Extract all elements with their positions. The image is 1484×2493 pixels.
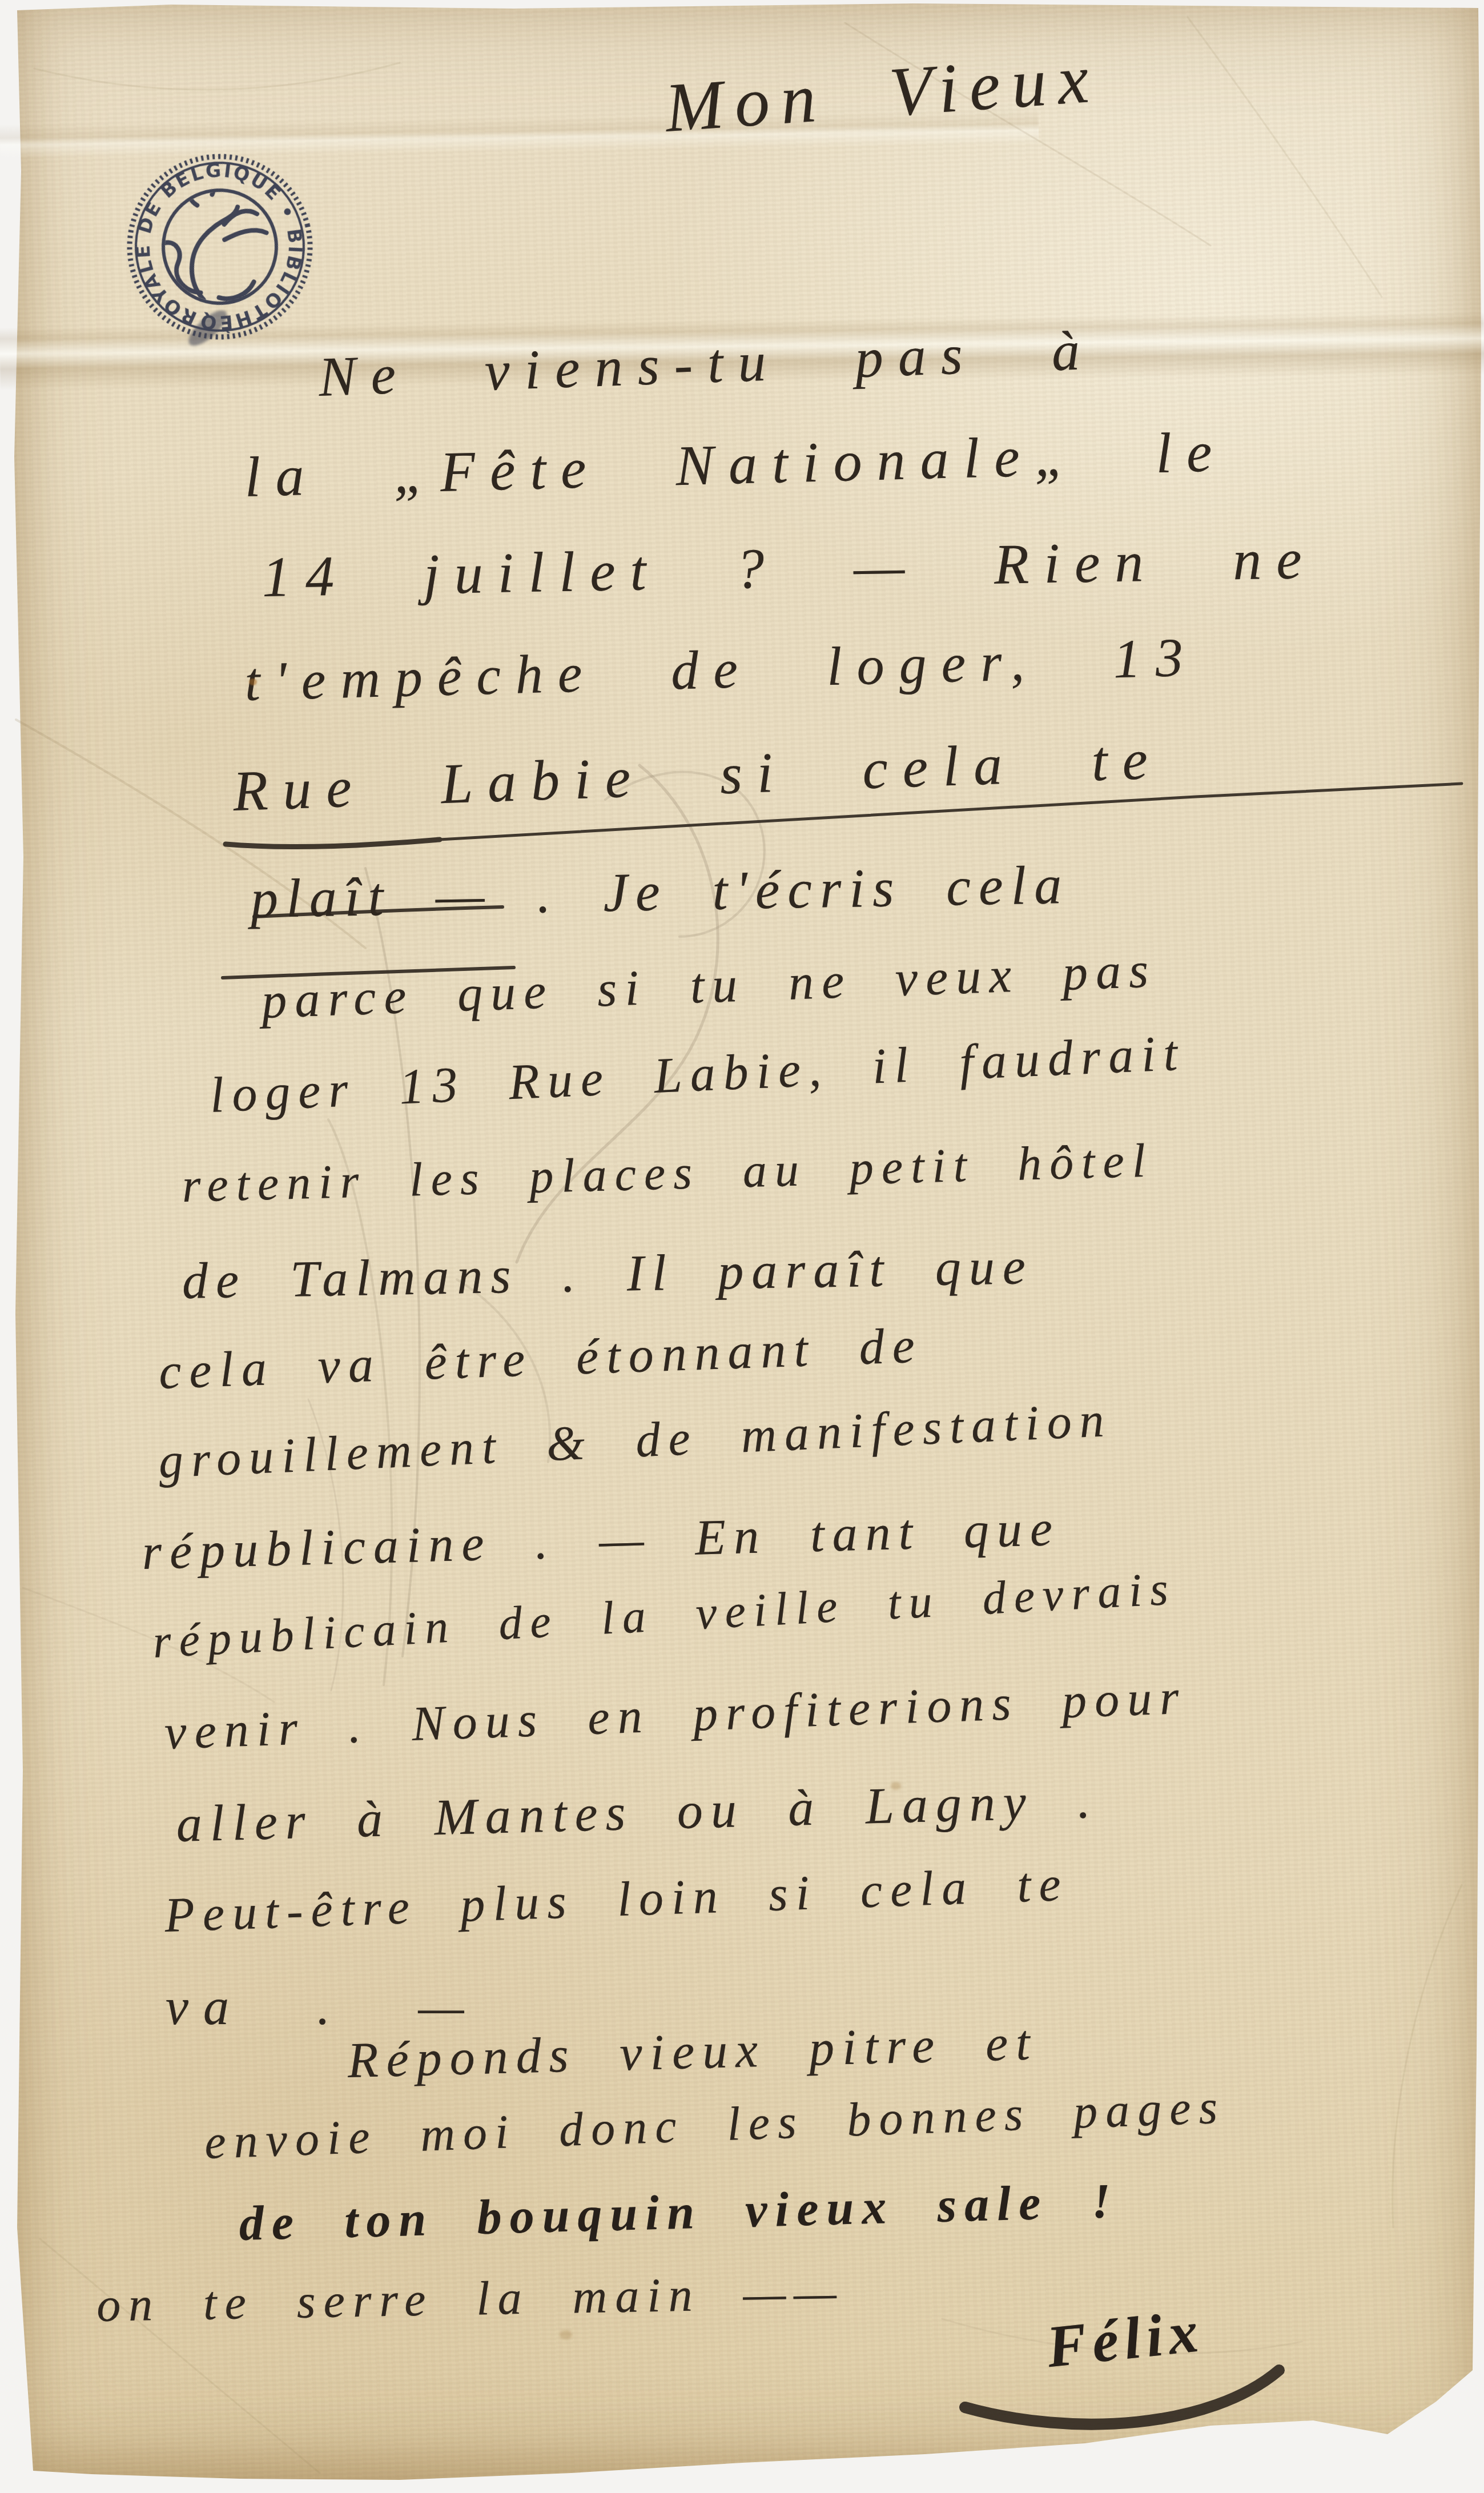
paper-stain bbox=[560, 2330, 572, 2339]
paper-stain bbox=[249, 679, 257, 685]
letter-line: va . — bbox=[166, 1978, 478, 2037]
paper-stain bbox=[891, 1782, 901, 1790]
scanned-letter-page: ROYALE DE BELGIQUE • BIBLIOTHÈQUE • Mon … bbox=[0, 0, 1484, 2493]
